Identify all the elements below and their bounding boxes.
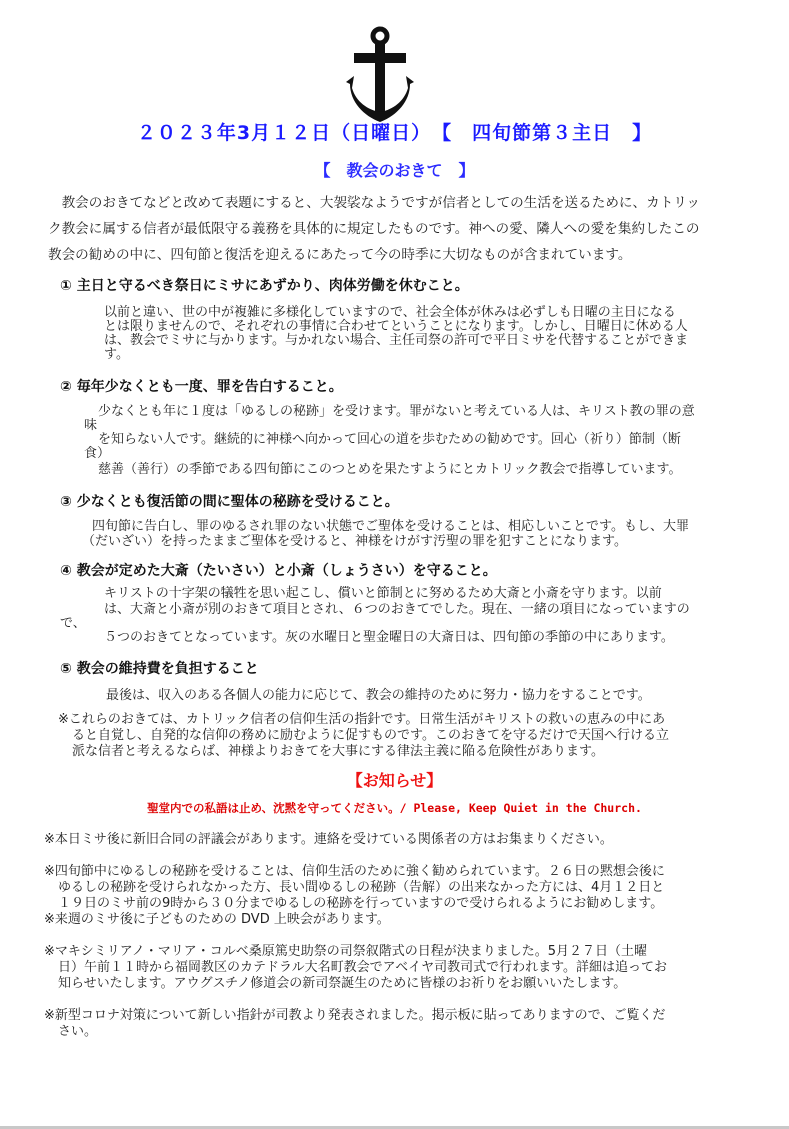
notice-item: ※四旬節中にゆるしの秘跡を受けることは、信仰生活のために強く勧められています。２… — [44, 864, 665, 880]
notice-item: ※来週のミサ後に子どものための DVD 上映会があります。 — [44, 912, 390, 928]
anchor-icon — [340, 26, 420, 122]
rule-text: 四旬節に告白し、罪のゆるされ罪のない状態でご聖体を受けることは、相応しいことです… — [92, 519, 689, 534]
rule-heading: ③ 少なくとも復活節の間に聖体の秘跡を受けること。 — [60, 491, 399, 511]
rule-text: は、大斎と小斎が別のおきて項目とされ、６つのおきてでした。現在、一緒の項目になっ… — [104, 602, 690, 617]
caution-line: ※これらのおきては、カトリック信者の信仰生活の指針です。日常生活がキリストの救い… — [58, 712, 665, 728]
intro-line: 教会の勧めの中に、四旬節と復活を迎えるにあたって今の時季に大切なものが含まれてい… — [48, 242, 631, 268]
rule-heading: ④ 教会が定めた大斎（たいさい）と小斎（しょうさい）を守ること。 — [60, 560, 497, 580]
rule-text: （だいざい）を持ったままご聖体を受けると、神様をけがす汚聖の罪を犯すことになりま… — [82, 534, 627, 549]
rule-text: 最後は、収入のある各個人の能力に応じて、教会の維持のために努力・協力をすることで… — [106, 688, 651, 703]
notice-item: ※マキシミリアノ・マリア・コルベ桑原篤史助祭の司祭叙階式の日程が決まりました。5… — [44, 944, 647, 960]
rule-text: す。 — [104, 347, 129, 362]
section-title: 【 教会のおきて 】 — [0, 158, 789, 181]
caution-line: 派な信者と考えるならば、神様よりおきてを大事にする律法主義に陥る危険性があります… — [72, 744, 604, 760]
caution-line: ると自覚し、自発的な信仰の務めに励むように促すものです。このおきてを守るだけで天… — [72, 728, 669, 744]
rule-heading: ① 主日と守るべき祭日にミサにあずかり、肉体労働を休むこと。 — [60, 275, 469, 295]
quiet-message: 聖堂内での私語は止め、沈黙を守ってください。/ Please, Keep Qui… — [0, 800, 789, 816]
notice-item: ゆるしの秘跡を受けられなかった方、長い間ゆるしの秘跡（告解）の出来なかった方には… — [58, 880, 664, 896]
notice-item: ※本日ミサ後に新旧合同の評議会があります。連絡を受けている関係者の方はお集まりく… — [44, 832, 613, 848]
rule-text: 以前と違い、世の中が複雑に多様化していますので、社会全体が休みは必ずしも日曜の主… — [104, 305, 676, 320]
notices-title: 【お知らせ】 — [0, 768, 789, 791]
notice-item: 日）午前１１時から福岡教区のカテドラル大名町教会でアベイヤ司教司式で行われます。… — [58, 960, 667, 976]
page-title: ２０２３年3月１２日（日曜日） 【 四旬節第３主日 】 — [0, 118, 789, 145]
rule-heading: ② 毎年少なくとも一度、罪を告白すること。 — [60, 376, 343, 396]
rule-text: ５つのおきてとなっています。灰の水曜日と聖金曜日の大斎日は、四旬節の季節の中にあ… — [104, 630, 674, 645]
notice-item: ※新型コロナ対策について新しい指針が司教より発表されました。掲示板に貼ってありま… — [44, 1008, 665, 1024]
rule-text: とは限りませんので、それぞれの事情に合わせてということになります。しかし、日曜日… — [104, 319, 688, 334]
intro-line: 教会のおきてなどと改めて表題にすると、大袈裟なようですが信者としての生活を送るた… — [48, 190, 700, 216]
rule-text: キリストの十字架の犠牲を思い起こし、償いと節制とに努めるため大斎と小斎を守ります… — [104, 586, 662, 601]
rule-text: で、 — [60, 616, 86, 631]
rule-text: 少なくとも年に１度は「ゆるしの秘跡」を受けます。罪がないと考えている人は、キリス… — [98, 404, 695, 419]
rule-heading: ⑤ 教会の維持費を負担すること — [60, 658, 259, 678]
rule-text: 慈善（善行）の季節である四旬節にこのつとめを果たすようにとカトリック教会で指導し… — [98, 462, 681, 477]
notice-item: １９日のミサ前の9時から３０分までゆるしの秘跡を行っていますので受けられるように… — [58, 896, 663, 912]
notice-item: さい。 — [58, 1024, 97, 1040]
rule-text: 味 — [84, 418, 97, 433]
notice-item: 知らせいたします。アウグスチノ修道会の新司祭誕生のために皆様のお祈りをお願いいた… — [58, 976, 626, 992]
rule-text: 食） — [84, 446, 110, 461]
rule-text: を知らない人です。継続的に神様へ向かって回心の道を歩むための勧めです。回心（祈り… — [98, 432, 681, 447]
intro-line: ク教会に属する信者が最低限守る義務を具体的に規定したものです。神への愛、隣人への… — [48, 216, 699, 242]
rule-text: は、教会でミサに与かります。与かれない場合、主任司祭の許可で平日ミサを代替するこ… — [104, 333, 688, 348]
